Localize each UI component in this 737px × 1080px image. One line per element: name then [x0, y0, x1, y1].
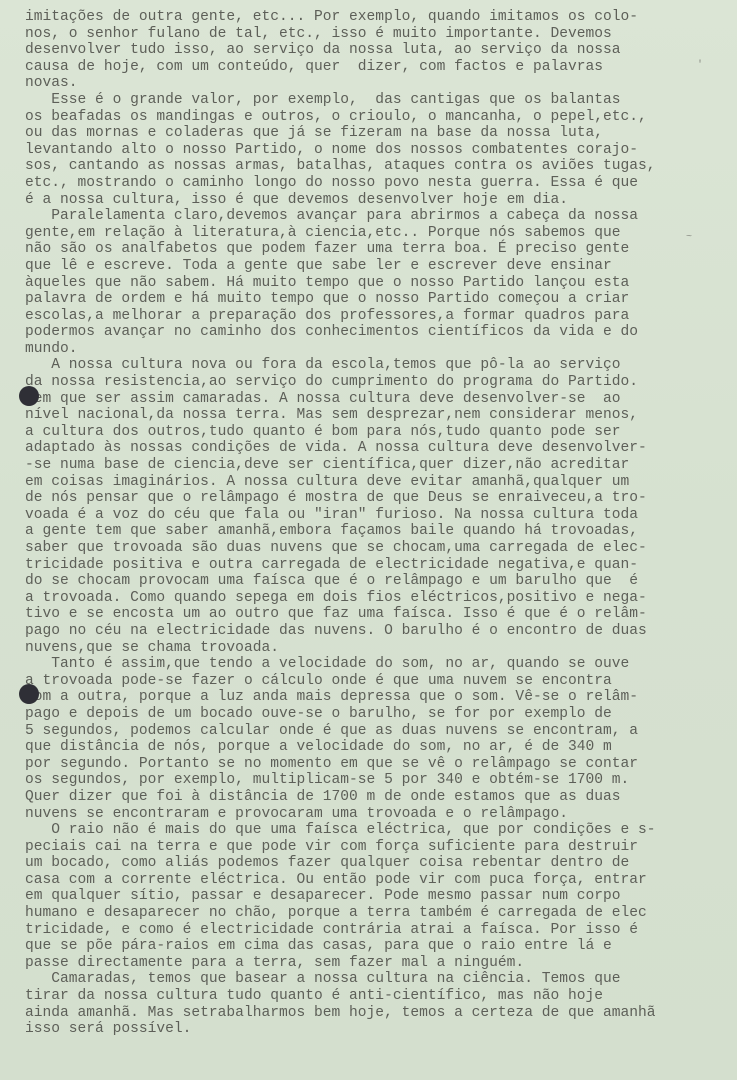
- text-line: tricidade positiva e outra carregada de …: [25, 557, 725, 574]
- punch-hole-upper: [19, 386, 39, 406]
- text-line: do se chocam provocam uma faísca que é o…: [25, 573, 725, 590]
- text-line: palavra de ordem e há muito tempo que o …: [25, 291, 725, 308]
- text-line: peciais cai na terra e que pode vir com …: [25, 839, 725, 856]
- text-line: novas.: [25, 75, 725, 92]
- text-line: a trovoada pode-se fazer o cálculo onde …: [25, 673, 725, 690]
- stray-mark: ': [697, 60, 703, 71]
- text-line: sos, cantando as nossas armas, batalhas,…: [25, 158, 725, 175]
- text-line: da nossa resistencia,ao serviço do cumpr…: [25, 374, 725, 391]
- text-line: Tanto é assim,que tendo a velocidade do …: [25, 656, 725, 673]
- text-line: -se numa base de ciencia,deve ser cientí…: [25, 457, 725, 474]
- text-line: nuvens se encontraram e provocaram uma t…: [25, 806, 725, 823]
- text-line: é a nossa cultura, isso é que devemos de…: [25, 192, 725, 209]
- text-line: adaptado às nossas condições de vida. A …: [25, 440, 725, 457]
- text-line: nível nacional,da nossa terra. Mas sem d…: [25, 407, 725, 424]
- text-line: pago no céu na electricidade das nuvens.…: [25, 623, 725, 640]
- text-line: escolas,a melhorar a preparação dos prof…: [25, 308, 725, 325]
- text-line: isso será possível.: [25, 1021, 725, 1038]
- text-line: [25, 1038, 725, 1055]
- text-line: Camaradas, temos que basear a nossa cult…: [25, 971, 725, 988]
- text-line: levantando alto o nosso Partido, o nome …: [25, 142, 725, 159]
- text-line: que distância de nós, porque a velocidad…: [25, 739, 725, 756]
- text-line: em coisas imaginários. A nossa cultura d…: [25, 474, 725, 491]
- text-line: Tem que ser assim camaradas. A nossa cul…: [25, 391, 725, 408]
- text-line: a cultura dos outros,tudo quanto é bom p…: [25, 424, 725, 441]
- text-line: tricidade, e como é electricidade contrá…: [25, 922, 725, 939]
- text-line: nos, o senhor fulano de tal, etc., isso …: [25, 26, 725, 43]
- text-line: 5 segundos, podemos calcular onde é que …: [25, 723, 725, 740]
- text-line: não são os analfabetos que podem fazer u…: [25, 241, 725, 258]
- text-line: por segundo. Portanto se no momento em q…: [25, 756, 725, 773]
- text-line: tirar da nossa cultura tudo quanto é ant…: [25, 988, 725, 1005]
- text-line: de nós pensar que o relâmpago é mostra d…: [25, 490, 725, 507]
- text-line: que se põe pára-raios em cima das casas,…: [25, 938, 725, 955]
- text-line: causa de hoje, com um conteúdo, quer diz…: [25, 59, 725, 76]
- text-line: com a outra, porque a luz anda mais depr…: [25, 689, 725, 706]
- text-line: podermos avançar no caminho dos conhecim…: [25, 324, 725, 341]
- text-line: etc., mostrando o caminho longo do nosso…: [25, 175, 725, 192]
- text-line: passe directamente para a terra, sem faz…: [25, 955, 725, 972]
- text-line: ou das mornas e coladeras que já se fize…: [25, 125, 725, 142]
- text-line: mundo.: [25, 341, 725, 358]
- text-line: a trovoada. Como quando sepega em dois f…: [25, 590, 725, 607]
- document-body: imitações de outra gente, etc... Por exe…: [25, 9, 725, 1054]
- text-line: pago e depois de um bocado ouve-se o bar…: [25, 706, 725, 723]
- text-line: os segundos, por exemplo, multiplicam-se…: [25, 772, 725, 789]
- typewritten-page: imitações de outra gente, etc... Por exe…: [0, 0, 737, 1080]
- text-line: Paralelamenta claro,devemos avançar para…: [25, 208, 725, 225]
- punch-hole-lower: [19, 684, 39, 704]
- text-line: Esse é o grande valor, por exemplo, das …: [25, 92, 725, 109]
- text-line: ainda amanhã. Mas setrabalharmos bem hoj…: [25, 1005, 725, 1022]
- text-line: tivo e se encosta um ao outro que faz um…: [25, 606, 725, 623]
- text-line: desenvolver tudo isso, ao serviço da nos…: [25, 42, 725, 59]
- text-line: voada é a voz do céu que fala ou "iran" …: [25, 507, 725, 524]
- text-line: nuvens,que se chama trovoada.: [25, 640, 725, 657]
- text-line: A nossa cultura nova ou fora da escola,t…: [25, 357, 725, 374]
- text-line: O raio não é mais do que uma faísca eléc…: [25, 822, 725, 839]
- text-line: imitações de outra gente, etc... Por exe…: [25, 9, 725, 26]
- text-line: que lê e escreve. Toda a gente que sabe …: [25, 258, 725, 275]
- stray-mark: ~: [686, 232, 692, 243]
- text-line: a gente tem que saber amanhã,embora faça…: [25, 523, 725, 540]
- text-line: os beafadas os mandingas e outros, o cri…: [25, 109, 725, 126]
- text-line: humano e desaparecer no chão, porque a t…: [25, 905, 725, 922]
- text-line: Quer dizer que foi à distância de 1700 m…: [25, 789, 725, 806]
- text-line: àqueles que não sabem. Há muito tempo qu…: [25, 275, 725, 292]
- text-line: em qualquer sítio, passar e desaparecer.…: [25, 888, 725, 905]
- text-line: casa com a corrente eléctrica. Ou então …: [25, 872, 725, 889]
- text-line: um bocado, como aliás podemos fazer qual…: [25, 855, 725, 872]
- text-line: saber que trovoada são duas nuvens que s…: [25, 540, 725, 557]
- text-line: gente,em relação à literatura,à ciencia,…: [25, 225, 725, 242]
